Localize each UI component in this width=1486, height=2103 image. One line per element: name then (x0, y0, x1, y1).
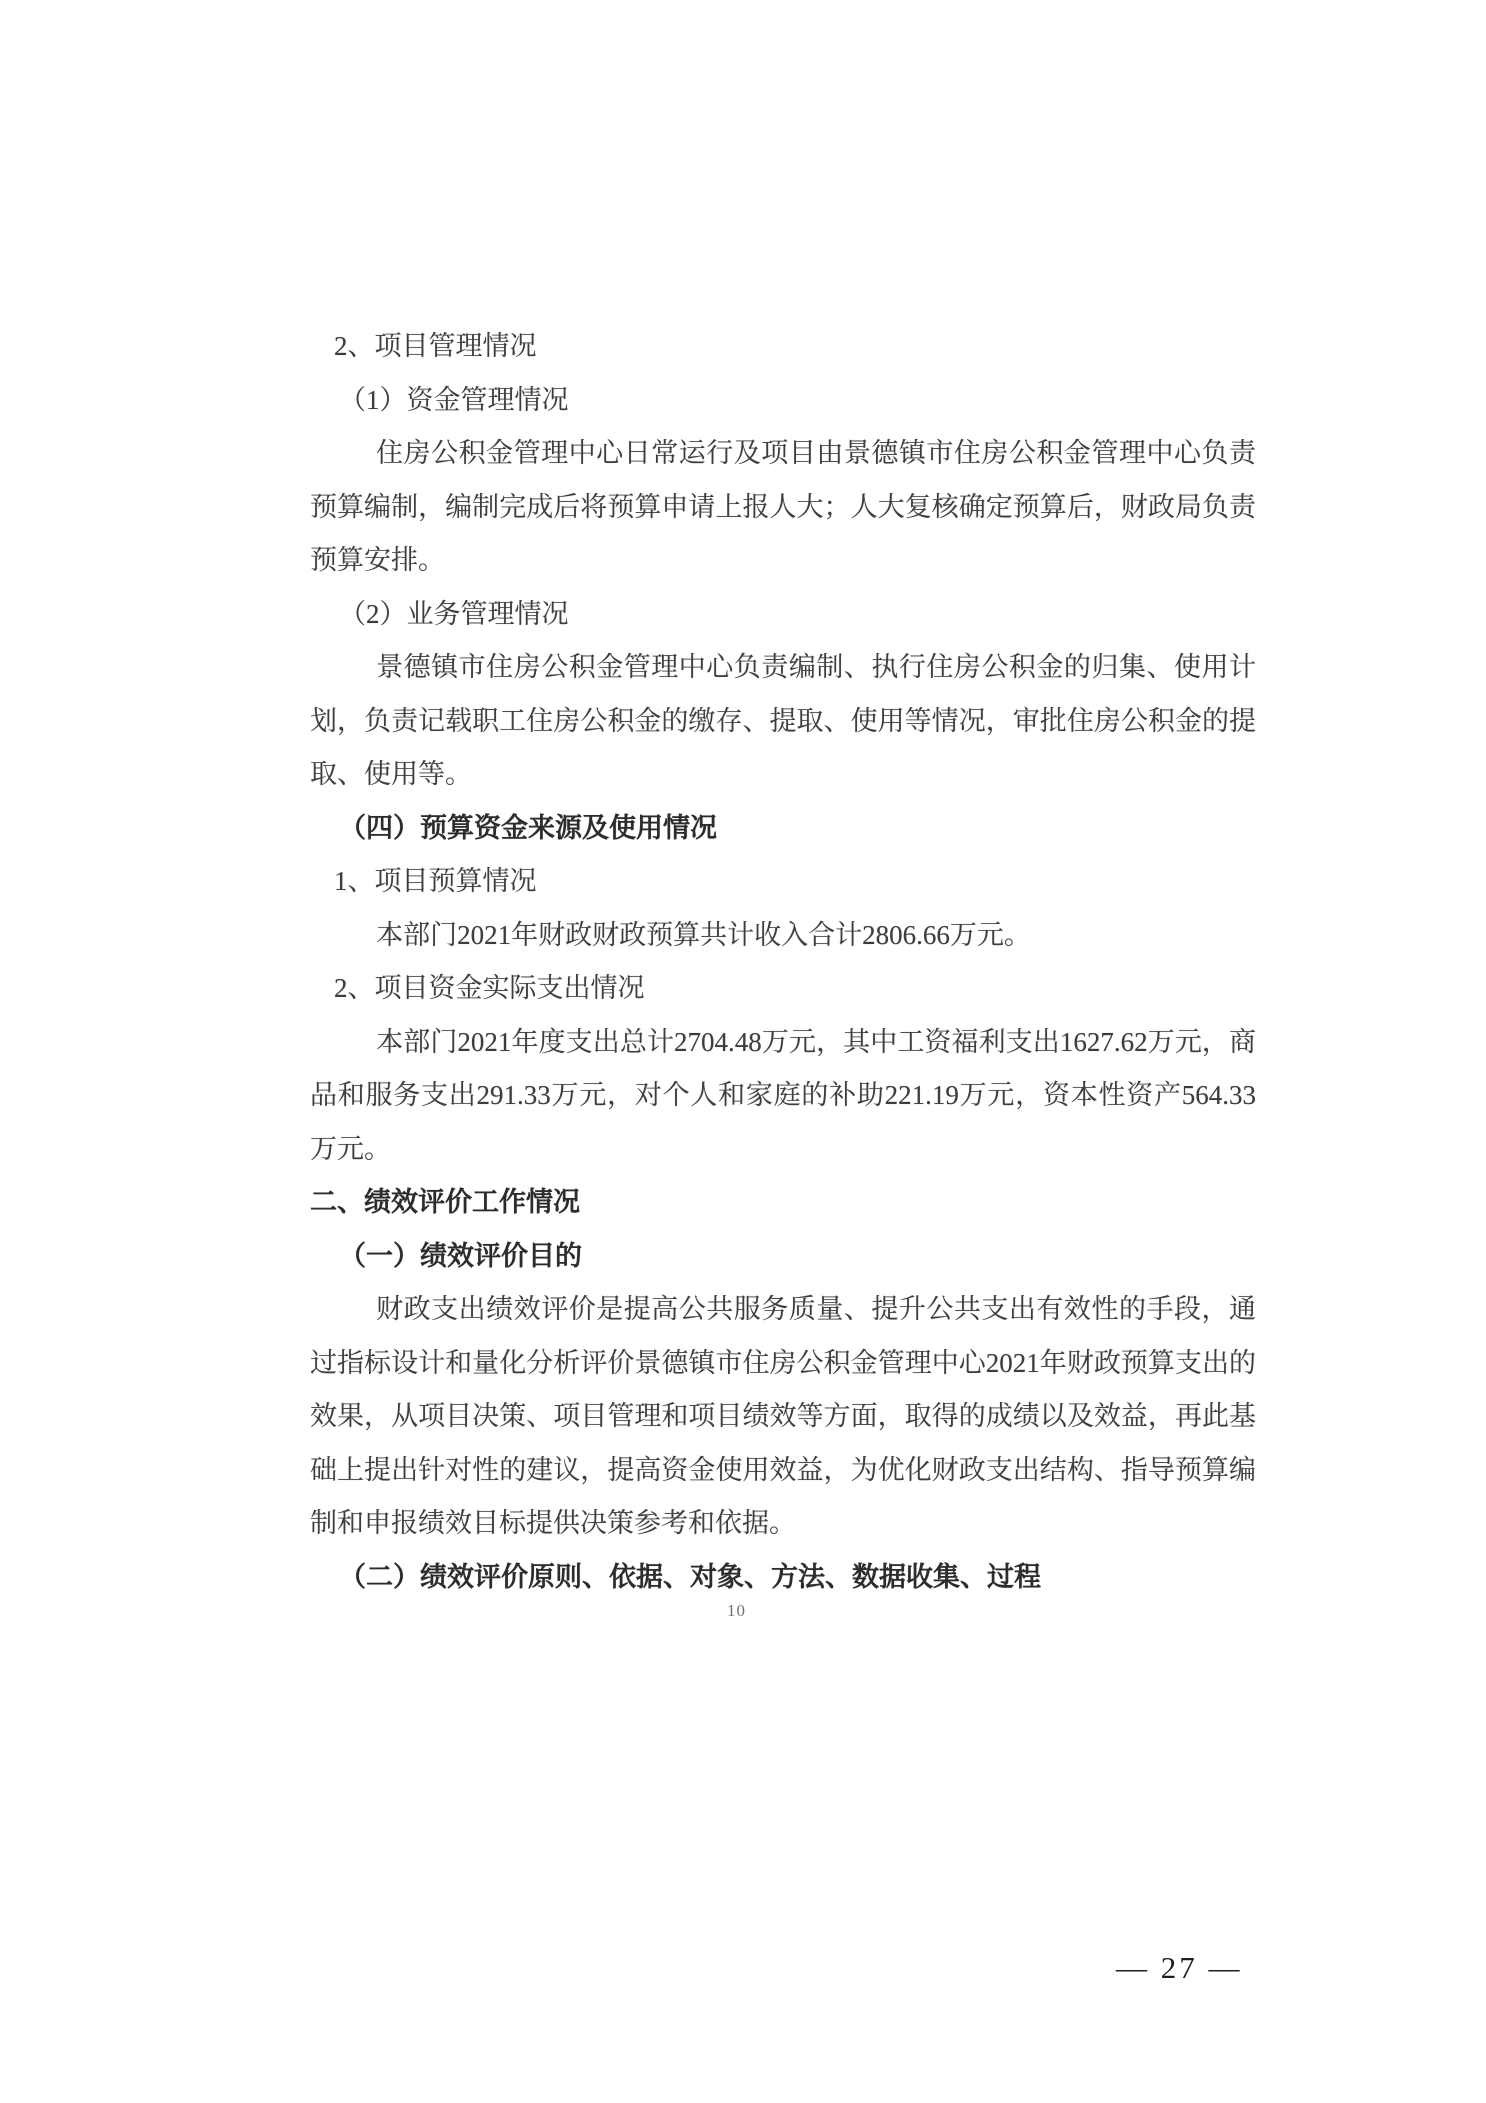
paragraph: 本部门2021年财政财政预算共计收入合计2806.66万元。 (310, 909, 1256, 963)
document-page: 2、项目管理情况（1）资金管理情况住房公积金管理中心日常运行及项目由景德镇市住房… (0, 0, 1486, 2103)
paragraph: 景德镇市住房公积金管理中心负责编制、执行住房公积金的归集、使用计划，负责记载职工… (310, 641, 1256, 802)
paragraph: 住房公积金管理中心日常运行及项目由景德镇市住房公积金管理中心负责预算编制，编制完… (310, 427, 1256, 588)
heading-paren-bold: （一）绩效评价目的 (310, 1230, 1256, 1284)
heading-paren-bold: （四）预算资金来源及使用情况 (310, 802, 1256, 856)
item-paren: （2）业务管理情况 (310, 588, 1256, 642)
paragraph: 财政支出绩效评价是提高公共服务质量、提升公共支出有效性的手段，通过指标设计和量化… (310, 1283, 1256, 1551)
item-num: 1、项目预算情况 (310, 855, 1256, 909)
item-paren: （1）资金管理情况 (310, 374, 1256, 428)
document-body: 2、项目管理情况（1）资金管理情况住房公积金管理中心日常运行及项目由景德镇市住房… (310, 320, 1256, 1604)
outer-page-number: — 27 — (1116, 1950, 1243, 1986)
heading-bold: 二、绩效评价工作情况 (310, 1176, 1256, 1230)
inner-page-number: 10 (727, 1601, 746, 1621)
item-num: 2、项目管理情况 (310, 320, 1256, 374)
paragraph: 本部门2021年度支出总计2704.48万元，其中工资福利支出1627.62万元… (310, 1016, 1256, 1177)
heading-paren-bold: （二）绩效评价原则、依据、对象、方法、数据收集、过程 (310, 1551, 1256, 1605)
item-num: 2、项目资金实际支出情况 (310, 962, 1256, 1016)
